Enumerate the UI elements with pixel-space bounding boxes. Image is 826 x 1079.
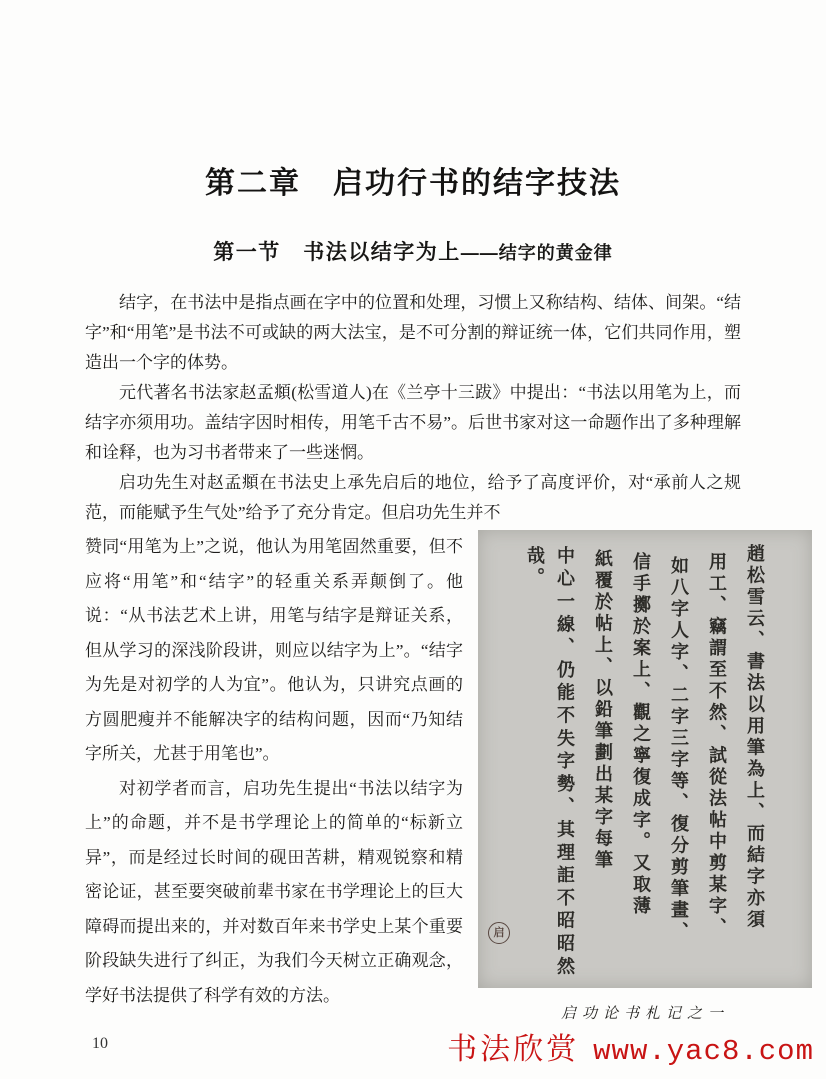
left-text-column: 赞同“用笔为上”之说，他认为用笔固然重要，但不应将“用笔”和“结字”的轻重关系弄… [85, 530, 463, 1013]
page-number: 10 [92, 1035, 108, 1053]
body-paragraph-2: 元代著名书法家赵孟頫(松雪道人)在《兰亭十三跋》中提出：“书法以用笔为上，而结字… [85, 378, 741, 468]
calligraphy-column: 趙松雪云、書法以用筆為上、而結字亦須 [740, 544, 770, 978]
section-title-sub: ——结字的黄金律 [461, 243, 613, 263]
body-paragraph-3-narrow: 赞同“用笔为上”之说，他认为用笔固然重要，但不应将“用笔”和“结字”的轻重关系弄… [85, 530, 463, 772]
body-paragraph-1: 结字，在书法中是指点画在字中的位置和处理，习惯上又称结构、结体、间架。“结字”和… [85, 288, 741, 378]
calligraphy-column: 如八字人字、二字三字等、復分剪筆畫、 [664, 544, 694, 978]
calligraphy-text: 趙松雪云、書法以用筆為上、而結字亦須 用工、竊謂至不然、試從法帖中剪某字、 如八… [502, 530, 788, 988]
calligraphy-column: 信手擲於案上、觀之寧復成字。又取薄 [626, 544, 656, 978]
seal-stamp-icon: 启 [488, 922, 510, 944]
watermark-site-name: 书法欣赏 [447, 1024, 579, 1068]
chapter-title: 第二章 启功行书的结字技法 [0, 158, 826, 202]
text-figure-row: 赞同“用笔为上”之说，他认为用笔固然重要，但不应将“用笔”和“结字”的轻重关系弄… [85, 530, 812, 1029]
calligraphy-scan-image: 趙松雪云、書法以用筆為上、而結字亦須 用工、竊謂至不然、試從法帖中剪某字、 如八… [478, 530, 812, 988]
calligraphy-figure: 趙松雪云、書法以用筆為上、而結字亦須 用工、竊謂至不然、試從法帖中剪某字、 如八… [478, 530, 812, 1029]
calligraphy-column: 中心一線、仍能不失字勢、其理詎不昭昭然哉。 [520, 544, 580, 978]
body-paragraph-4: 对初学者而言，启功先生提出“书法以结字为上”的命题，并不是书学理论上的简单的“标… [85, 772, 463, 1014]
calligraphy-column: 用工、竊謂至不然、試從法帖中剪某字、 [702, 544, 732, 978]
calligraphy-column: 紙覆於帖上、以鉛筆劃出某字每筆 [588, 544, 618, 978]
section-title-main: 第一节 书法以结字为上 [213, 241, 461, 264]
watermark-site-url: www.yac8.com [593, 1035, 814, 1068]
body-paragraph-3-wide: 启功先生对赵孟頫在书法史上承先启后的地位，给予了高度评价，对“承前人之规范，而能… [85, 468, 741, 528]
site-watermark: 书法欣赏 www.yac8.com [447, 1024, 814, 1068]
book-page: 第二章 启功行书的结字技法 第一节 书法以结字为上——结字的黄金律 结字，在书法… [0, 0, 826, 1079]
section-title: 第一节 书法以结字为上——结字的黄金律 [0, 236, 826, 266]
body-content: 结字，在书法中是指点画在字中的位置和处理，习惯上又称结构、结体、间架。“结字”和… [85, 288, 812, 1029]
